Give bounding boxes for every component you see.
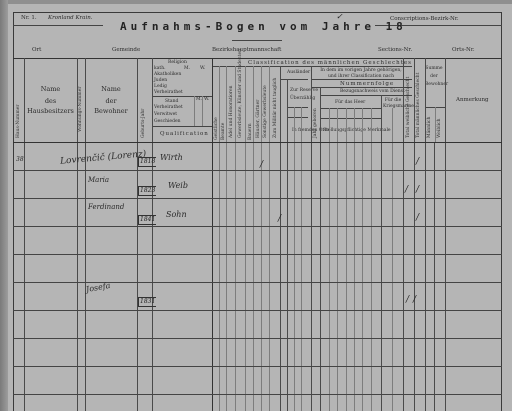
row-line: [13, 394, 502, 395]
row-line: [13, 282, 502, 283]
col-fuer-kriegsmarine: Für die Kriegsmarine: [383, 98, 403, 110]
col-summe-l1: Summe: [425, 66, 443, 72]
stand-vdivider: [202, 96, 203, 126]
stand-row: Geschieden: [154, 119, 181, 125]
grid-line: [253, 66, 254, 411]
grid-line: [414, 58, 415, 411]
row-line: [13, 170, 502, 171]
grid-line: [287, 79, 288, 411]
stand-row: Verheirathet: [154, 105, 183, 111]
grid-line: [320, 87, 321, 411]
col-summe-l3: Bewohner: [425, 82, 443, 88]
row1-tick: /: [260, 160, 263, 170]
row-line: [13, 198, 502, 199]
col-haus-nummer: Haus-Nummer: [16, 110, 22, 138]
col-hausbesitzer-l3: Hausbesitzers: [24, 108, 77, 114]
grid-line: [280, 66, 281, 411]
col-summe-l2: der: [425, 74, 443, 80]
row3-tick: /: [278, 214, 281, 224]
row2-geburtsjahr: 1823: [138, 186, 156, 196]
summe-vdivider: [435, 107, 436, 142]
page-edge: [0, 0, 8, 411]
grid-line: [24, 58, 25, 411]
grid-line: [226, 66, 227, 411]
grid-line: [403, 58, 404, 411]
col-total-maennliche: Total männliches Geschlecht: [416, 84, 422, 138]
qualification-divider: [152, 126, 212, 127]
reserve-divider2: [287, 117, 308, 118]
row-line: [13, 310, 502, 311]
field-bezirkshauptmannschaft: Bezirkshauptmannschaft: [212, 47, 281, 53]
grid-line: [219, 66, 220, 411]
row6-tick: /: [406, 295, 409, 305]
row-line: [13, 254, 502, 255]
vorjahr-divider: [311, 79, 412, 80]
religion-row-m: M.: [184, 66, 190, 72]
field-orts-nr: Orts-Nr.: [452, 47, 475, 53]
grid-line: [445, 58, 446, 411]
grid-line: [77, 58, 78, 411]
row3-tick: /: [416, 213, 419, 223]
col-weiblich: Weiblich: [437, 118, 443, 138]
row3-qualification: Sohn: [166, 212, 187, 218]
field-gemeinde: Gemeinde: [112, 47, 140, 53]
grid-line: [269, 66, 270, 411]
form-number: Nr. 1.: [21, 15, 37, 21]
col-auslaender: Ausländer: [287, 70, 310, 76]
row-line: [13, 338, 502, 339]
col-bewohner-l1: Name: [85, 86, 137, 92]
reserve-divider: [287, 107, 308, 108]
auslaender-divider: [280, 79, 308, 80]
title-checkmark: ✓: [336, 12, 343, 21]
col-maennlich: Männlich: [427, 118, 433, 138]
grid-line: [85, 58, 86, 411]
col-wohnungs-nummer: Wohnungs-Nummer: [78, 92, 84, 132]
grid-line: [137, 58, 138, 411]
col-zur-reserve: Zur Reserve: [290, 88, 318, 94]
grid-line: [261, 66, 262, 411]
grid-line: [212, 58, 213, 411]
stand-row: Verwitwet: [154, 112, 177, 118]
title-underline: [232, 40, 282, 41]
row1-haus-nr: 38: [16, 157, 24, 163]
col-hausbesitzer-l1: Name: [24, 86, 77, 92]
col-geburtsjahr: Geburts-Jahr: [141, 112, 147, 138]
row2-tick: /: [416, 185, 419, 195]
stand-vdivider: [194, 96, 195, 126]
col-militaer: Zum Militär nicht tauglich: [273, 84, 279, 138]
row2-bewohner: Maria: [88, 177, 109, 183]
nummernfolge-divider: [311, 87, 412, 88]
col-qualification: Qualification: [160, 131, 209, 137]
row3-bewohner: Ferdinand: [88, 204, 124, 210]
row1-qualification: Wirth: [160, 155, 183, 161]
row6-tick: /: [413, 295, 416, 305]
crown-land: Kronland Krain.: [48, 15, 93, 21]
col-bewohner-l2: der: [85, 98, 137, 104]
grid-line: [152, 58, 153, 411]
col-anmerkung: Anmerkung: [456, 97, 489, 103]
header-bottom: [13, 142, 502, 143]
grid-line: [235, 66, 236, 411]
grid-line: [434, 142, 435, 411]
row1-tick: /: [416, 157, 419, 167]
grid-line: [245, 66, 246, 411]
col-total-weibliche: Total weibliche Geschlecht: [406, 84, 412, 138]
row3-geburtsjahr: 1841: [138, 215, 156, 225]
bezug-divider: [320, 95, 412, 96]
form-number-underline: [13, 25, 103, 26]
grid-line: [425, 58, 426, 411]
religion-row-w: W.: [200, 66, 205, 72]
col-fuer-heer: Für das Heer: [335, 100, 365, 106]
row-line: [13, 226, 502, 227]
col-bewohner-l3: Bewohner: [85, 108, 137, 114]
col-hausbesitzer-l2: des: [24, 98, 77, 104]
col-gewerbsleute: Gewerbsleute, Künstler und Studenten: [238, 72, 244, 138]
grid-line: [311, 66, 312, 411]
col-jahr-geboren: Jahr geboren: [313, 112, 319, 138]
stand-col-w: W.: [204, 97, 209, 103]
form-title: Aufnahms-Bogen vom Jahre 18: [120, 24, 407, 30]
row2-tick: /: [405, 185, 408, 195]
religion-divider: [152, 96, 212, 97]
row-line: [13, 366, 502, 367]
row6-geburtsjahr: 1831: [138, 297, 156, 307]
header-divider: [13, 58, 502, 59]
field-sections-nr: Sections-Nr.: [378, 47, 412, 53]
row2-qualification: Weib: [168, 183, 188, 189]
row1-geburtsjahr: 1818: [138, 157, 156, 167]
field-ort: Ort: [32, 47, 41, 53]
